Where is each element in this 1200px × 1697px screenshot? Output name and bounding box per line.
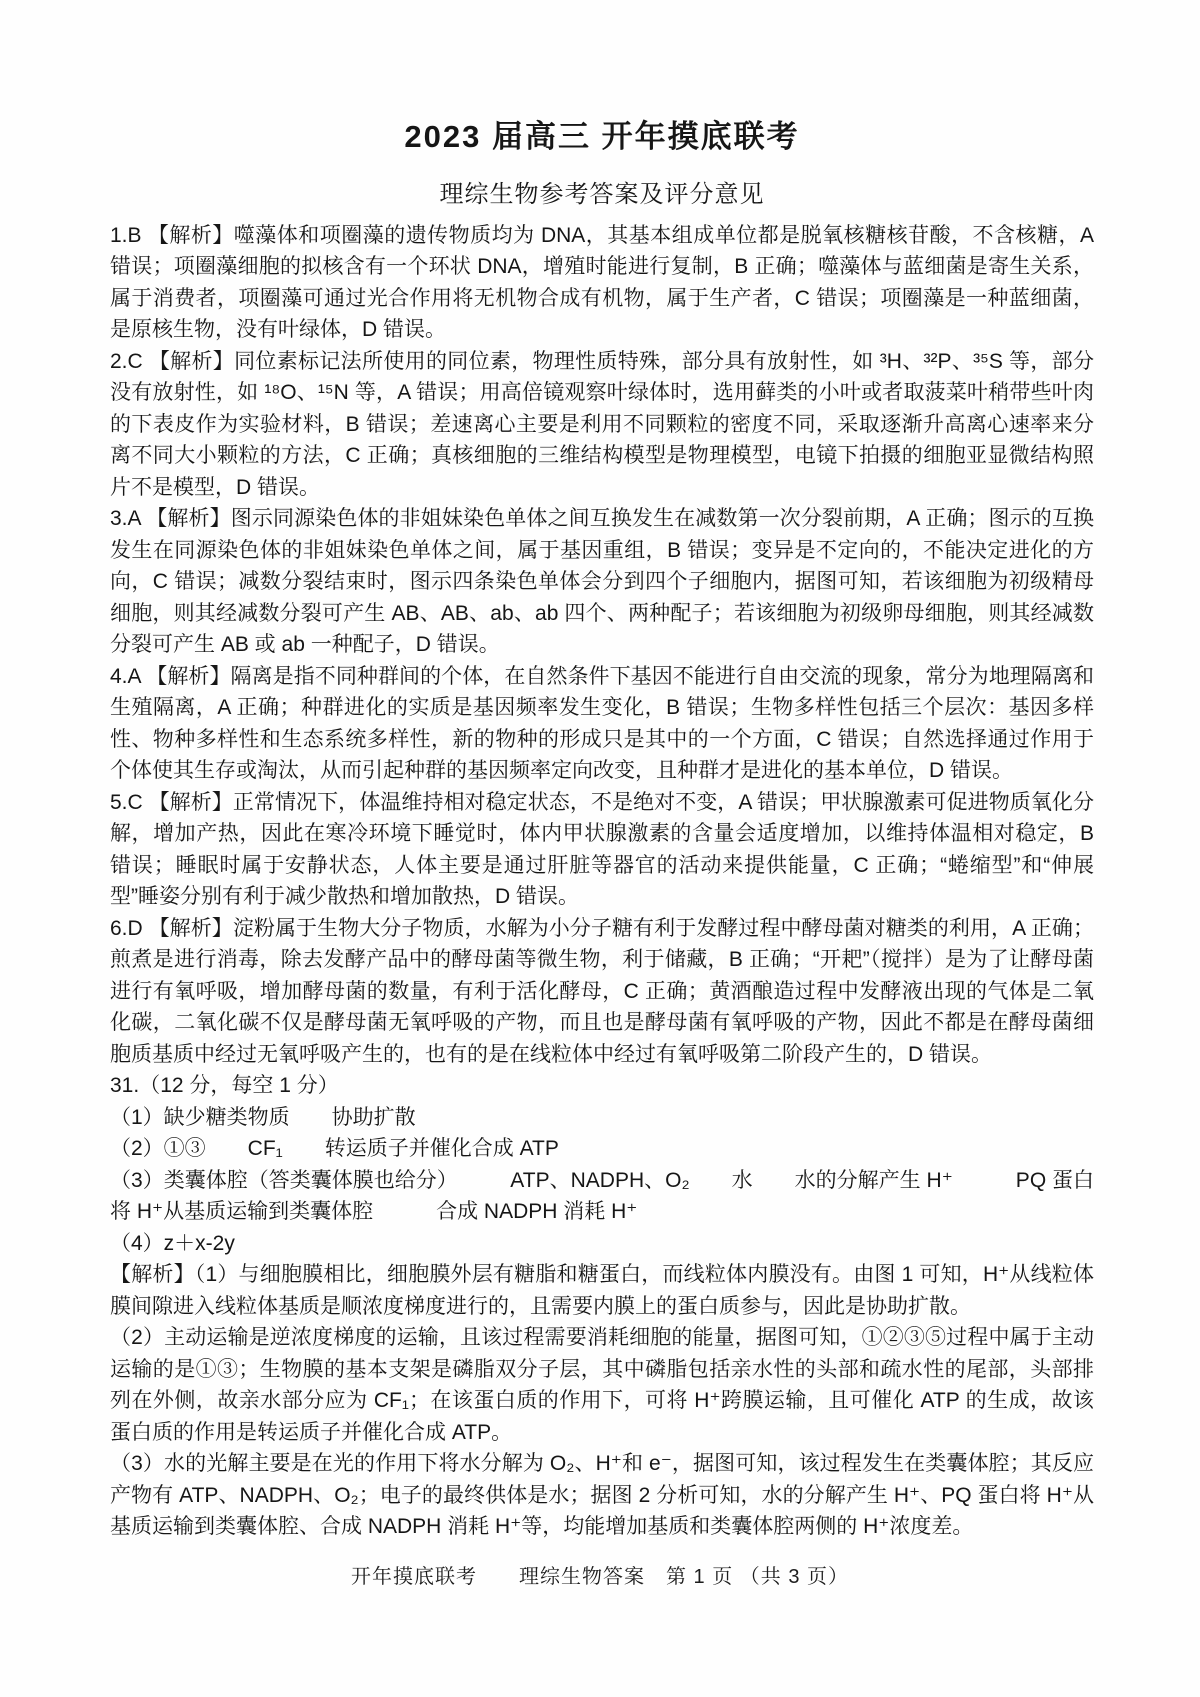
q31-analysis-1: 【解析】（1）与细胞膜相比，细胞膜外层有糖脂和糖蛋白，而线粒体内膜没有。由图 1… bbox=[110, 1259, 1094, 1322]
q31-answer-2: （2）①③ CF₁ 转运质子并催化合成 ATP bbox=[110, 1133, 1094, 1165]
exam-title: 2023 届高三 开年摸底联考 bbox=[110, 118, 1094, 155]
answer-explanation-q4: 4.A 【解析】隔离是指不同种群间的个体，在自然条件下基因不能进行自由交流的现象… bbox=[110, 661, 1094, 787]
q31-analysis-3: （3）水的光解主要是在光的作用下将水分解为 O₂、H⁺和 e⁻，据图可知，该过程… bbox=[110, 1448, 1094, 1543]
answer-explanation-q6: 6.D 【解析】淀粉属于生物大分子物质，水解为小分子糖有利于发酵过程中酵母菌对糖… bbox=[110, 913, 1094, 1071]
answer-explanation-q3: 3.A 【解析】图示同源染色体的非姐妹染色单体之间互换发生在减数第一次分裂前期，… bbox=[110, 503, 1094, 661]
answer-explanation-q1: 1.B 【解析】噬藻体和项圈藻的遗传物质均为 DNA，其基本组成单位都是脱氧核糖… bbox=[110, 220, 1094, 346]
page-footer: 开年摸底联考 理综生物答案 第 1 页 （共 3 页） bbox=[0, 1560, 1200, 1589]
answer-body: 1.B 【解析】噬藻体和项圈藻的遗传物质均为 DNA，其基本组成单位都是脱氧核糖… bbox=[110, 220, 1094, 1543]
q31-answer-3: （3）类囊体腔（答类囊体膜也给分） ATP、NADPH、O₂ 水 水的分解产生 … bbox=[110, 1165, 1094, 1228]
answer-sheet-subtitle: 理综生物参考答案及评分意见 bbox=[110, 181, 1094, 210]
answer-explanation-q2: 2.C 【解析】同位素标记法所使用的同位素，物理性质特殊，部分具有放射性，如 ³… bbox=[110, 346, 1094, 504]
document-page: 2023 届高三 开年摸底联考 理综生物参考答案及评分意见 1.B 【解析】噬藻… bbox=[0, 0, 1200, 1697]
answer-explanation-q5: 5.C 【解析】正常情况下，体温维持相对稳定状态，不是绝对不变，A 错误；甲状腺… bbox=[110, 787, 1094, 913]
q31-answer-4: （4）z＋x-2y bbox=[110, 1228, 1094, 1260]
q31-analysis-2: （2）主动运输是逆浓度梯度的运输，且该过程需要消耗细胞的能量，据图可知，①②③⑤… bbox=[110, 1322, 1094, 1448]
q31-header: 31.（12 分，每空 1 分） bbox=[110, 1070, 1094, 1102]
q31-answer-1: （1）缺少糖类物质 协助扩散 bbox=[110, 1102, 1094, 1134]
